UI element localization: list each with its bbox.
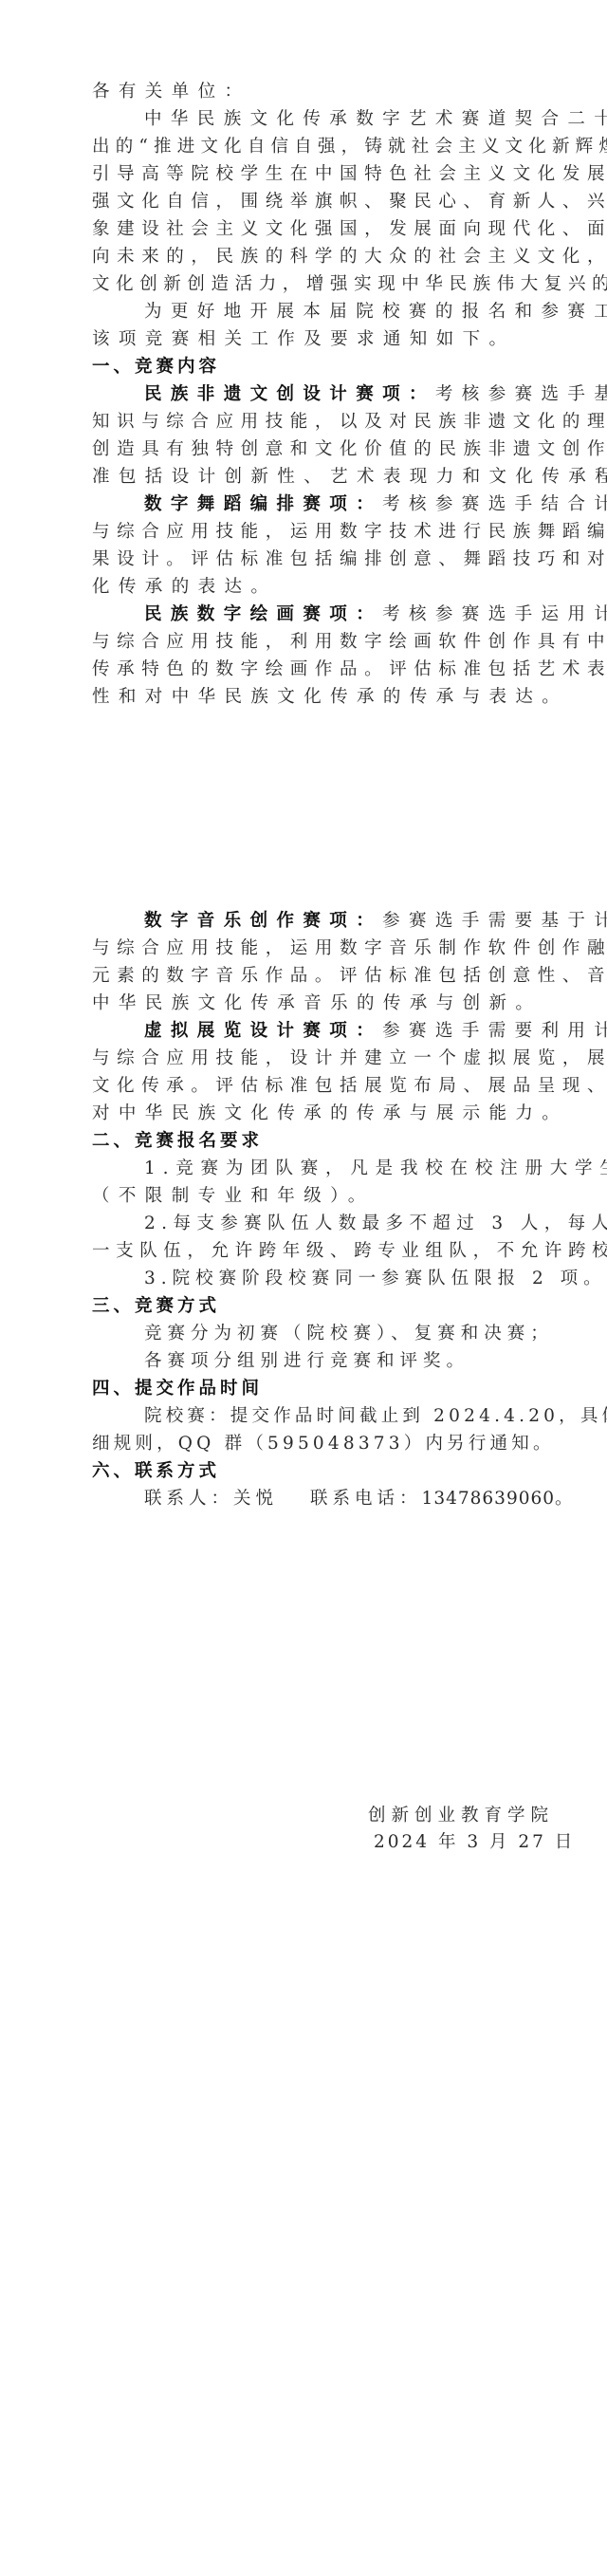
- purpose-line: 该项竞赛相关工作及要求通知如下。: [92, 325, 519, 353]
- item-line: 知识与综合应用技能，以及对民族非遗文化的理解，设计并: [92, 408, 519, 436]
- item-name: 数字舞蹈编排赛项：: [144, 494, 382, 514]
- item-text: 考核参赛选手运用计算机基础知识: [382, 604, 607, 624]
- registration-line: 1.竞赛为团队赛，凡是我校在校注册大学生均可报名: [92, 1155, 519, 1182]
- intro-line: 引导高等院校学生在中国特色社会主义文化发展道路上，增: [92, 160, 519, 188]
- item-line: 果设计。评估标准包括编排创意、舞蹈技巧和对中华民族文: [92, 546, 519, 573]
- section-title-format: 三、竞赛方式: [92, 1292, 519, 1320]
- item-line: 创造具有独特创意和文化价值的民族非遗文创作品。评估标: [92, 436, 519, 463]
- contact-line: 联系人：关悦联系电话：13478639060。: [92, 1485, 519, 1512]
- phone-number: 13478639060。: [422, 1489, 574, 1509]
- item-line: 对中华民族文化传承的传承与展示能力。: [92, 1100, 519, 1127]
- contact-name: 关悦: [233, 1489, 278, 1509]
- document-body: 各有关单位： 中华民族文化传承数字艺术赛道契合二十大报告中提 出的“推进文化自信…: [92, 78, 519, 1512]
- submission-line: 院校赛：提交作品时间截止到 2024.4.20，具体大赛详: [92, 1402, 519, 1430]
- signature-date: 2024 年 3 月 27 日: [368, 1829, 575, 1856]
- intro-line: 强文化自信，围绕举旗帜、聚民心、育新人、兴文化、展形: [92, 188, 519, 215]
- item-line: 文化传承。评估标准包括展览布局、展品呈现、交互体验和: [92, 1072, 519, 1100]
- intro-line: 出的“推进文化自信自强，铸就社会主义文化新辉煌”精神，: [92, 133, 519, 160]
- competition-item: 民族非遗文创设计赛项：考核参赛选手基于计算机基础: [92, 380, 519, 408]
- section-title-registration: 二、竞赛报名要求: [92, 1127, 519, 1155]
- page-break-gap: [92, 711, 519, 907]
- phone-label: 联系电话：: [310, 1489, 422, 1509]
- item-line: 与综合应用技能，设计并建立一个虚拟展览，展现中华民族: [92, 1045, 519, 1072]
- item-text: 考核参赛选手基于计算机基础: [435, 384, 607, 404]
- purpose-line: 为更好地开展本届院校赛的报名和参赛工作，现将我校: [92, 298, 519, 325]
- intro-line: 中华民族文化传承数字艺术赛道契合二十大报告中提: [92, 105, 519, 133]
- section-title-content: 一、竞赛内容: [92, 353, 519, 380]
- intro-line: 向未来的，民族的科学的大众的社会主义文化，激发全民族: [92, 243, 519, 270]
- item-text: 考核参赛选手结合计算机基础知识: [382, 494, 607, 514]
- signature-org: 创新创业教育学院: [368, 1803, 575, 1829]
- registration-line: 3.院校赛阶段校赛同一参赛队伍限报 2 项。: [92, 1265, 519, 1292]
- item-line: 元素的数字音乐作品。评估标准包括创意性、音乐表达和对: [92, 962, 519, 990]
- item-name: 虚拟展览设计赛项：: [144, 1021, 382, 1041]
- item-line: 与综合应用技能，运用数字技术进行民族舞蹈编排和舞台效: [92, 518, 519, 546]
- registration-line: 2.每支参赛队伍人数最多不超过 3 人，每人只能参加: [92, 1210, 519, 1237]
- contact-label: 联系人：: [144, 1489, 233, 1509]
- intro-line: 文化创新创造活力，增强实现中华民族伟大复兴的精神力量。: [92, 270, 519, 298]
- item-line: 准包括设计创新性、艺术表现力和文化传承程度。: [92, 463, 519, 491]
- item-name: 民族数字绘画赛项：: [144, 604, 382, 624]
- format-line: 竞赛分为初赛（院校赛）、复赛和决赛；: [92, 1320, 519, 1347]
- intro-line: 象建设社会主义文化强国，发展面向现代化、面向世界、面: [92, 215, 519, 243]
- signature-block: 创新创业教育学院 2024 年 3 月 27 日: [368, 1803, 575, 1856]
- item-name: 民族非遗文创设计赛项：: [144, 384, 435, 404]
- item-line: 性和对中华民族文化传承的传承与表达。: [92, 683, 519, 711]
- registration-line: 一支队伍，允许跨年级、跨专业组队，不允许跨校组队。: [92, 1237, 519, 1265]
- registration-line: （不限制专业和年级）。: [92, 1182, 519, 1210]
- item-line: 与综合应用技能，运用数字音乐制作软件创作融合民族音乐: [92, 935, 519, 962]
- salutation: 各有关单位：: [92, 78, 519, 105]
- item-line: 中华民族文化传承音乐的传承与创新。: [92, 990, 519, 1017]
- competition-item: 虚拟展览设计赛项：参赛选手需要利用计算机基础知识: [92, 1017, 519, 1045]
- item-line: 传承特色的数字绘画作品。评估标准包括艺术表现力、创造: [92, 656, 519, 683]
- section-title-submission: 四、提交作品时间: [92, 1375, 519, 1402]
- section-title-contact: 六、联系方式: [92, 1457, 519, 1485]
- item-line: 化传承的表达。: [92, 573, 519, 601]
- item-text: 参赛选手需要基于计算机基础知识: [382, 911, 607, 931]
- item-line: 与综合应用技能，利用数字绘画软件创作具有中华民族文化: [92, 628, 519, 656]
- format-line: 各赛项分组别进行竞赛和评奖。: [92, 1347, 519, 1375]
- submission-line: 细规则，QQ 群（595048373）内另行通知。: [92, 1430, 519, 1457]
- item-name: 数字音乐创作赛项：: [144, 911, 382, 931]
- competition-item: 数字舞蹈编排赛项：考核参赛选手结合计算机基础知识: [92, 491, 519, 518]
- competition-item: 数字音乐创作赛项：参赛选手需要基于计算机基础知识: [92, 907, 519, 935]
- item-text: 参赛选手需要利用计算机基础知识: [382, 1021, 607, 1041]
- competition-item: 民族数字绘画赛项：考核参赛选手运用计算机基础知识: [92, 601, 519, 628]
